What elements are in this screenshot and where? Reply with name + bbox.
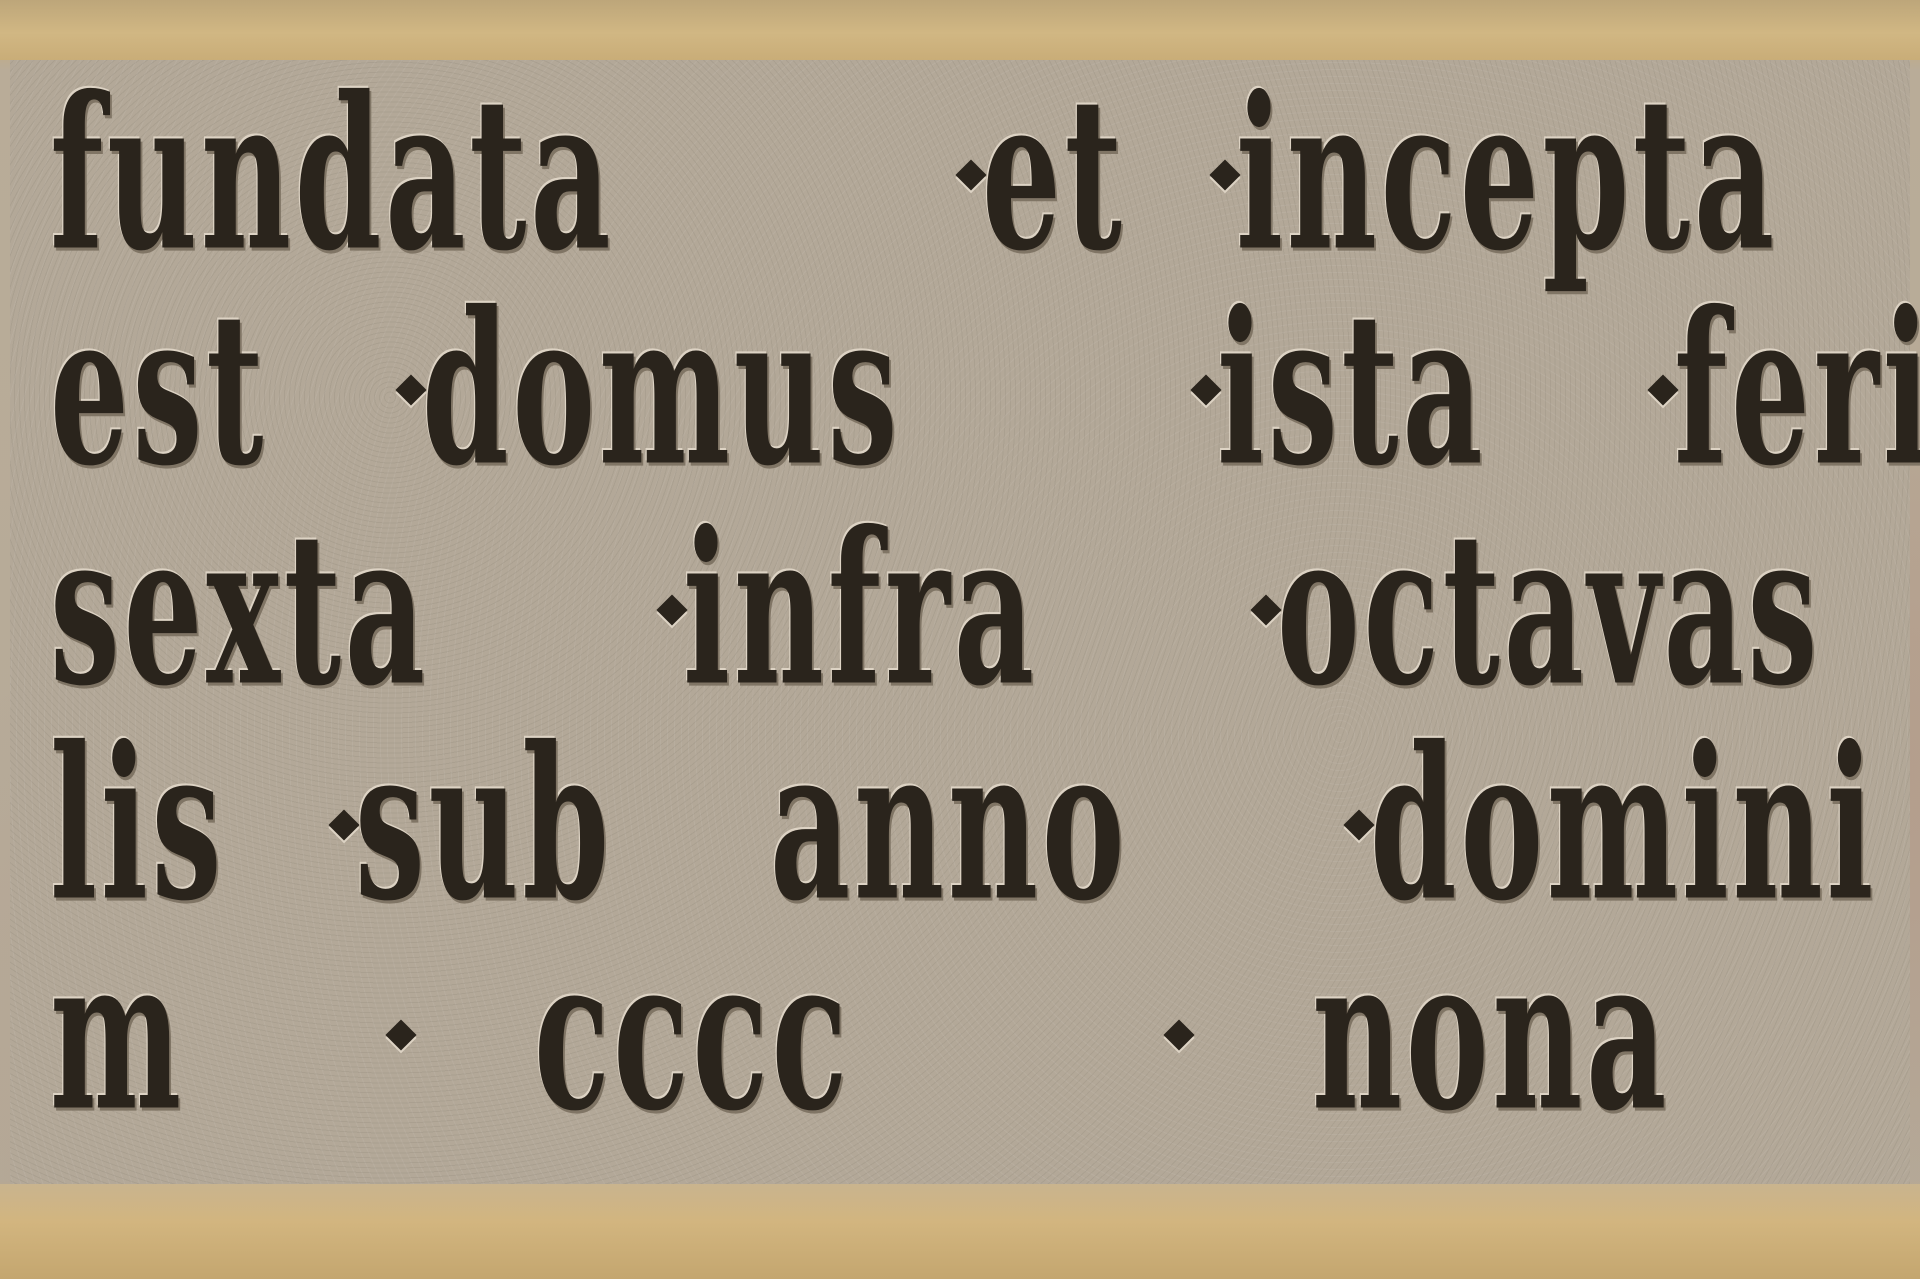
inscription-word: et <box>982 70 1126 280</box>
word-separator-icon <box>1163 1019 1194 1050</box>
inscription-word: fundata <box>50 70 614 280</box>
inscription-word: lis <box>50 720 225 930</box>
inscription-line-4: lis sub anno domini <box>50 730 1890 920</box>
inscription-word: nona <box>1312 930 1670 1140</box>
inscription-word: feria <box>1674 285 1920 495</box>
inscription-word: octavas <box>1277 505 1821 715</box>
inscription-word: anno <box>770 720 1128 930</box>
inscription-line-5: m cccc nona <box>50 940 1890 1130</box>
inscription-word: infra <box>683 505 1038 715</box>
inscription-line-3: sexta infra octavas pascha <box>50 515 1890 705</box>
inscription-word: est <box>50 285 267 495</box>
inscription-word: ista <box>1217 285 1486 495</box>
inscription-word: m <box>50 930 185 1140</box>
inscription-word: domus <box>422 285 901 495</box>
bottom-sandstone-band <box>0 1184 1920 1279</box>
inscription-word: domini <box>1370 720 1877 930</box>
inscription-word: sexta <box>50 505 429 715</box>
inscription-line-1: fundata et incepta <box>50 80 1890 270</box>
inscription-line-2: est domus ista feria <box>50 295 1890 485</box>
inscription-panel: fundata et incepta est domus ista feria … <box>10 60 1910 1185</box>
word-separator-icon <box>385 1019 416 1050</box>
inscription-word: sub <box>355 720 613 930</box>
inscription-word: cccc <box>534 930 851 1140</box>
stone-inscription-photo: fundata et incepta est domus ista feria … <box>0 0 1920 1279</box>
inscription-word: incepta <box>1236 70 1778 280</box>
